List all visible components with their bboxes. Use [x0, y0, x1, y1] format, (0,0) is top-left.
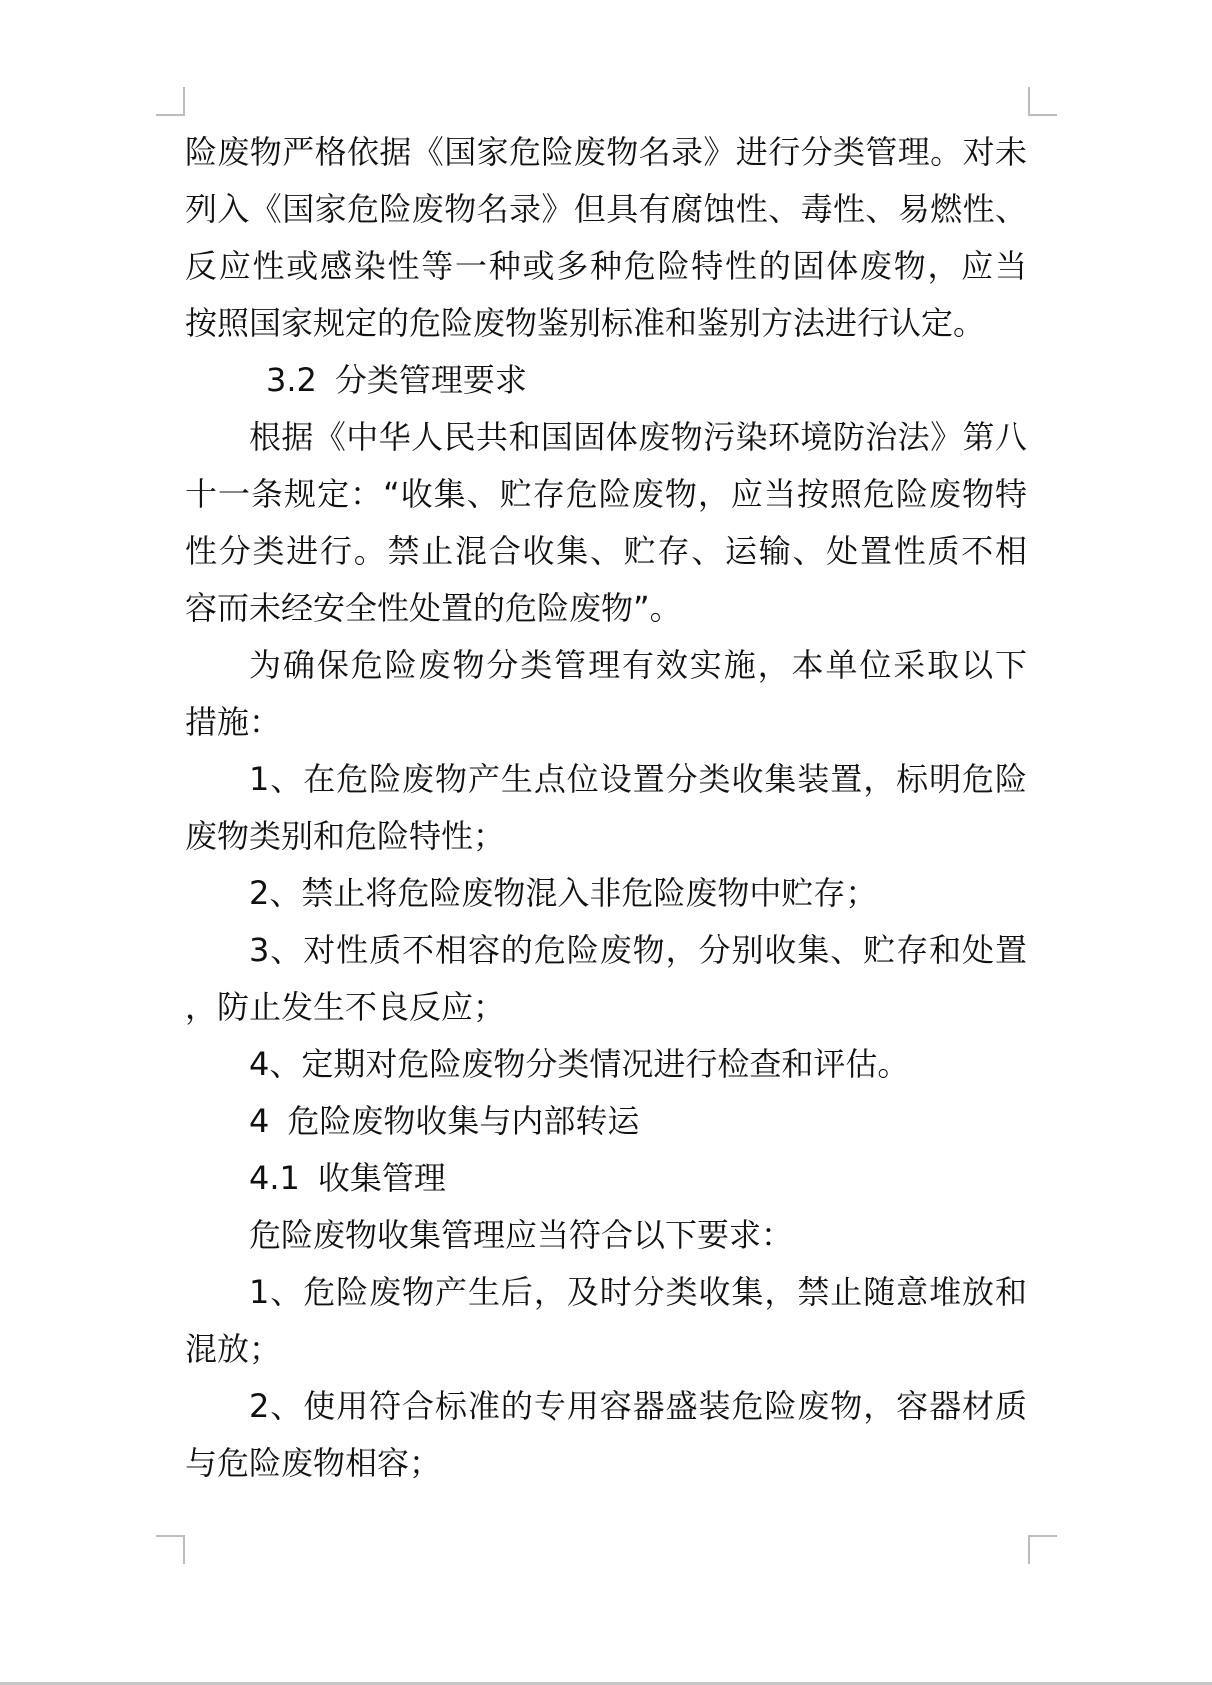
list-item-requirement-1: 1、危险废物产生后，及时分类收集，禁止随意堆放和 [185, 1264, 1027, 1321]
list-item-measure-1-cont: 废物类别和危险特性； [185, 808, 1027, 865]
list-item-measure-3: 3、对性质不相容的危险废物，分别收集、贮存和处置 [185, 922, 1027, 979]
paragraph-line: 措施： [185, 694, 1027, 751]
margin-corner-mark-bottom-right [1028, 1535, 1057, 1564]
paragraph-line: 列入《国家危险废物名录》但具有腐蚀性、毒性、易燃性、 [185, 181, 1027, 238]
section-title: 分类管理要求 [335, 361, 527, 399]
margin-corner-mark-bottom-left [156, 1535, 185, 1564]
list-item-measure-2: 2、禁止将危险废物混入非危险废物中贮存； [185, 865, 1027, 922]
list-item-requirement-2: 2、使用符合标准的专用容器盛装危险废物，容器材质 [185, 1378, 1027, 1435]
paragraph-line: 十一条规定：“收集、贮存危险废物，应当按照危险废物特 [185, 466, 1027, 523]
list-item-measure-3-cont: ，防止发生不良反应； [185, 979, 1027, 1036]
section-heading-3-2: 3.2分类管理要求 [185, 352, 1027, 409]
list-item-measure-1: 1、在危险废物产生点位设置分类收集装置，标明危险 [185, 751, 1027, 808]
paragraph-line: 性分类进行。禁止混合收集、贮存、运输、处置性质不相 [185, 523, 1027, 580]
paragraph-line: 容而未经安全性处置的危险废物”。 [185, 580, 1027, 637]
list-item-measure-4: 4、定期对危险废物分类情况进行检查和评估。 [185, 1036, 1027, 1093]
section-heading-4: 4危险废物收集与内部转运 [185, 1093, 1027, 1150]
margin-corner-mark-top-left [156, 87, 185, 116]
list-item-requirement-1-cont: 混放； [185, 1321, 1027, 1378]
section-number: 4.1 [249, 1159, 300, 1197]
paragraph-line: 为确保危险废物分类管理有效实施，本单位采取以下 [185, 637, 1027, 694]
list-item-requirement-2-cont: 与危险废物相容； [185, 1435, 1027, 1492]
margin-corner-mark-top-right [1028, 87, 1057, 116]
section-title: 危险废物收集与内部转运 [287, 1102, 639, 1140]
section-number: 4 [249, 1102, 269, 1140]
paragraph-line: 按照国家规定的危险废物鉴别标准和鉴别方法进行认定。 [185, 295, 1027, 352]
paragraph-line: 反应性或感染性等一种或多种危险特性的固体废物，应当 [185, 238, 1027, 295]
paragraph-line: 危险废物收集管理应当符合以下要求： [185, 1207, 1027, 1264]
paragraph-line: 险废物严格依据《国家危险废物名录》进行分类管理。对未 [185, 124, 1027, 181]
section-title: 收集管理 [318, 1159, 446, 1197]
paragraph-line: 根据《中华人民共和国固体废物污染环境防治法》第八 [185, 409, 1027, 466]
section-number: 3.2 [266, 361, 317, 399]
document-body[interactable]: 险废物严格依据《国家危险废物名录》进行分类管理。对未 列入《国家危险废物名录》但… [185, 124, 1027, 1492]
section-heading-4-1: 4.1收集管理 [185, 1150, 1027, 1207]
document-page: 险废物严格依据《国家危险废物名录》进行分类管理。对未 列入《国家危险废物名录》但… [0, 0, 1212, 1682]
